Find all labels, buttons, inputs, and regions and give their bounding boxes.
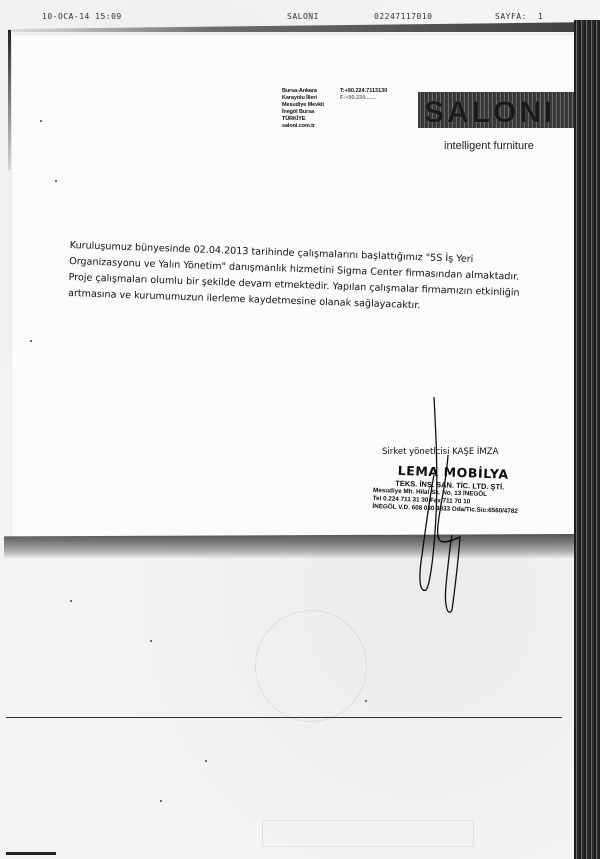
scan-noise <box>365 700 367 702</box>
address-line: Bursa-Ankara <box>282 88 324 95</box>
handwritten-signature <box>400 395 480 615</box>
address-line: İnegöl Bursa <box>282 109 324 116</box>
fax-page-number: 1 <box>538 12 543 21</box>
scan-right-edge <box>574 20 600 859</box>
scan-artifact <box>6 852 56 855</box>
scan-noise <box>55 180 57 182</box>
address-line: saloni.com.tr <box>282 123 324 130</box>
fax-sender: SALONI <box>287 12 319 21</box>
ghost-drawing-circle <box>255 610 367 722</box>
address-line: Karayolu İlleri <box>282 95 324 102</box>
address-line: Mesudiye Mevkii <box>282 102 324 109</box>
ghost-drawing-rect <box>262 820 474 847</box>
letterhead-fax: F:+90.224....... <box>340 95 387 102</box>
scan-noise <box>40 120 42 122</box>
scan-noise <box>70 600 72 602</box>
company-tagline: intelligent furniture <box>444 140 534 152</box>
address-line: TÜRKİYE <box>282 116 324 123</box>
letterhead-phone: T:+90.224.7113130 <box>340 88 387 95</box>
company-logo: SALONI <box>424 96 555 130</box>
scan-noise <box>30 340 32 342</box>
fax-page-label: SAYFA: <box>495 12 527 21</box>
fax-number: 02247117010 <box>374 12 432 21</box>
scan-left-edge <box>8 30 11 170</box>
letterhead-contact: T:+90.224.7113130 F:+90.224....... <box>340 88 387 102</box>
scan-noise <box>160 800 162 802</box>
fax-date-time: 10-OCA-14 15:09 <box>42 12 122 21</box>
fax-transmission-header: 10-OCA-14 15:09 SALONI 02247117010 SAYFA… <box>0 8 600 22</box>
scan-noise <box>150 640 152 642</box>
scan-noise <box>205 760 207 762</box>
scan-shadow-band <box>4 534 574 558</box>
letterhead-address: Bursa-Ankara Karayolu İlleri Mesudiye Me… <box>282 88 324 130</box>
fold-line <box>6 717 562 718</box>
